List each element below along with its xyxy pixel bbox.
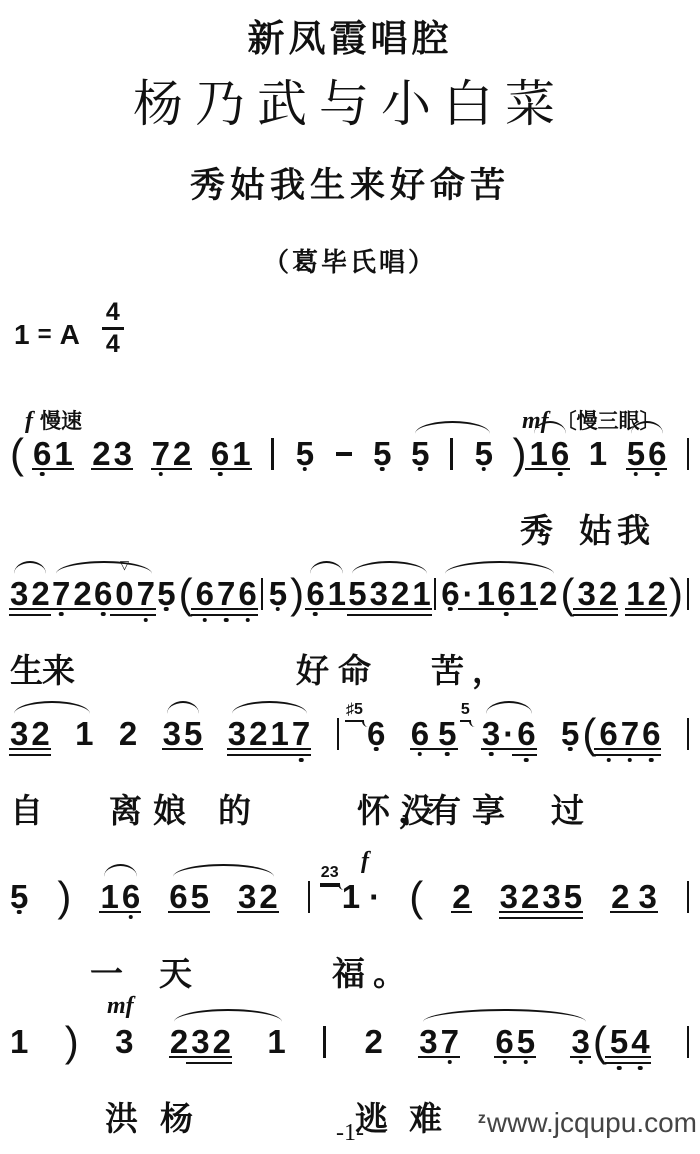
note-glyph: 6	[122, 878, 140, 915]
beam-group: 3217	[228, 715, 310, 753]
note-glyph: 6	[517, 715, 535, 752]
note-glyph: 6	[33, 435, 51, 472]
note-glyph: ·	[503, 715, 514, 752]
note-glyph: 2	[213, 1023, 231, 1060]
note-token: 5	[475, 435, 493, 473]
beam-group: 16	[100, 878, 140, 916]
watermark-logo-icon: z	[478, 1110, 486, 1127]
note-glyph: 3	[163, 715, 181, 752]
slur-arc	[232, 701, 308, 714]
beam-group: 5321	[348, 575, 430, 613]
slur-arc	[352, 561, 428, 574]
note-glyph: 6	[238, 575, 256, 612]
note-token: 5	[10, 878, 28, 916]
octave-dot	[558, 472, 563, 477]
beam-group: 56	[627, 435, 667, 473]
note-glyph: (	[10, 430, 24, 477]
lyric: 享	[472, 785, 513, 832]
note-token: 6	[642, 715, 660, 753]
beam-group: 3235	[500, 878, 582, 916]
note-glyph: 7	[137, 575, 155, 612]
slur-arc	[445, 561, 555, 574]
note-glyph: 1	[271, 715, 289, 752]
octave-dot	[374, 747, 379, 752]
note-token: 2	[452, 878, 470, 916]
note-glyph: 3	[639, 878, 657, 915]
beam-group: 1	[75, 715, 93, 753]
note-glyph: 1	[412, 575, 430, 612]
meter-denominator: 4	[106, 330, 120, 357]
dynamic-tempo-mark: mf〔慢三眼〕	[522, 405, 661, 435]
note-glyph: 2	[249, 715, 267, 752]
song-title: 秀姑我生来好命苦	[0, 158, 700, 208]
lyrics-row: 一天福。	[10, 948, 692, 994]
note-glyph: 3	[10, 715, 28, 752]
beam-group: 32	[10, 575, 50, 613]
meter-numerator: 4	[102, 300, 124, 330]
lyric: 的	[218, 785, 259, 832]
dynamic-tempo-mark: mf	[107, 993, 134, 1020]
note-token: 2	[648, 575, 666, 613]
slur-arc	[14, 701, 91, 714]
note-token: ♯56	[367, 715, 385, 753]
beam-group: 23	[92, 435, 132, 473]
octave-dot	[218, 472, 223, 477]
parenthesis: )	[290, 575, 304, 613]
note-token: 5	[411, 435, 429, 473]
octave-dot	[568, 747, 573, 752]
parenthesis: )	[65, 1023, 79, 1061]
note-glyph: 3	[228, 715, 246, 752]
note-glyph: 2	[452, 878, 470, 915]
note-token: 6	[238, 575, 256, 613]
note-token: 5	[157, 575, 175, 613]
note-token: 1	[477, 575, 495, 613]
note-token: 7	[292, 715, 310, 753]
octave-dot	[504, 612, 509, 617]
beam-group: 65	[411, 715, 457, 753]
time-signature: 4 4	[102, 300, 124, 357]
note-token: 3	[114, 435, 132, 473]
note-token: 5	[184, 715, 202, 753]
note-glyph: 1	[54, 435, 72, 472]
note-token: 6	[122, 878, 140, 916]
key-letter: A	[60, 319, 80, 351]
octave-dot	[617, 1066, 622, 1071]
lyric: 一	[90, 948, 131, 995]
note-glyph: 7	[292, 715, 310, 752]
note-token: 1	[328, 575, 346, 613]
beam-group: 3(54	[571, 1023, 649, 1061]
octave-dot	[313, 612, 318, 617]
dynamic-symbol: f	[361, 848, 369, 874]
note-token: 5	[438, 715, 456, 753]
tempo-label: 慢速	[40, 410, 82, 433]
slur-arc	[415, 421, 491, 434]
octave-dot	[144, 618, 149, 623]
beam-group: 5	[373, 435, 391, 473]
key-tonic: 1	[14, 319, 30, 351]
note-glyph: 2	[365, 1023, 383, 1060]
note-glyph: 1	[530, 435, 548, 472]
octave-dot	[638, 1066, 643, 1071]
note-glyph: 3	[482, 715, 500, 752]
octave-dot	[299, 758, 304, 763]
beam-group: 5	[411, 435, 429, 473]
note-token: 1	[519, 575, 537, 613]
note-token: 4	[631, 1023, 649, 1061]
note-glyph: 6	[169, 878, 187, 915]
music-system-3: 3212353217|♯566553·65(676| 自离娘的怀，没有享过	[10, 685, 692, 831]
octave-dot	[448, 1060, 453, 1065]
note-token: 5	[296, 435, 314, 473]
note-glyph: 1	[519, 575, 537, 612]
note-glyph: 2	[391, 575, 409, 612]
octave-dot	[606, 758, 611, 763]
note-glyph: 1	[100, 878, 118, 915]
beam-group: 5	[10, 878, 28, 916]
octave-dot	[489, 752, 494, 757]
music-system-2: 327260▽75(676|5)615321|6·1612(3212)| 生来好…	[10, 545, 692, 691]
parenthesis: )	[57, 878, 71, 916]
grace-note: 23	[320, 865, 340, 885]
note-token: 1	[267, 1023, 285, 1061]
note-glyph: 6	[94, 575, 112, 612]
beam-group: 5	[475, 435, 493, 473]
note-glyph: 2	[31, 575, 49, 612]
note-glyph: 1	[626, 575, 644, 612]
octave-dot	[502, 1060, 507, 1065]
note-glyph: 2	[170, 1023, 188, 1060]
beam-group: 1	[267, 1023, 285, 1061]
note-glyph: 0	[115, 575, 133, 612]
note-glyph: 3	[578, 575, 596, 612]
beam-group: 2	[365, 1023, 383, 1061]
music-system-1: (61237261|5-55|5)16156| 秀姑我 f慢速mf〔慢三眼〕	[10, 405, 692, 551]
note-glyph: )	[669, 570, 683, 617]
lyric: 离	[109, 785, 150, 832]
note-glyph: 1	[267, 1023, 285, 1060]
note-token: 3	[115, 1023, 133, 1061]
octave-dot	[482, 467, 487, 472]
note-glyph: 6	[495, 1023, 513, 1060]
note-token: 2	[31, 575, 49, 613]
beam-group: 3	[115, 1023, 133, 1061]
note-token: 2	[119, 715, 137, 753]
note-token: 1	[589, 435, 607, 473]
beam-group: 2(3212)|	[539, 575, 692, 613]
beam-group: 23	[611, 878, 657, 916]
note-glyph: )	[290, 570, 304, 617]
dynamic-symbol: mf	[107, 993, 134, 1019]
opera-title: 杨乃武与小白菜	[0, 64, 700, 136]
note-glyph: 1	[75, 715, 93, 752]
note-glyph: 4	[631, 1023, 649, 1060]
note-glyph: 6	[648, 435, 666, 472]
slur-arc	[423, 1009, 587, 1022]
beam-group: 32	[10, 715, 50, 753]
lyric: 娘	[153, 785, 194, 832]
note-glyph: 5	[184, 715, 202, 752]
key-signature: 1 = A 4 4	[14, 306, 124, 363]
note-glyph: 5	[610, 1023, 628, 1060]
note-glyph: 3	[115, 1023, 133, 1060]
note-glyph: 5	[348, 575, 366, 612]
beam-group: 2	[452, 878, 470, 916]
note-token: 5	[269, 575, 287, 613]
grace-note: ♯5	[345, 702, 364, 722]
note-token: 2	[365, 1023, 383, 1061]
dynamic-tempo-mark: f慢速	[25, 405, 82, 435]
note-token: 6	[648, 435, 666, 473]
beam-group: 72	[52, 575, 92, 613]
slur-arc	[56, 561, 153, 574]
note-glyph: 3	[370, 575, 388, 612]
note-glyph: 2	[173, 435, 191, 472]
note-token: 1	[75, 715, 93, 753]
note-token: 5	[191, 878, 209, 916]
note-glyph: 2	[31, 715, 49, 752]
beam-group: )	[57, 878, 71, 916]
note-glyph: 3	[10, 575, 28, 612]
note-token: 5	[561, 715, 579, 753]
note-glyph: 6	[196, 575, 214, 612]
octave-dot	[129, 915, 134, 920]
note-glyph: 5	[517, 1023, 535, 1060]
beam-group: 61	[211, 435, 251, 473]
note-glyph: 7	[217, 575, 235, 612]
note-glyph: 5	[438, 715, 456, 752]
note-glyph: 7	[441, 1023, 459, 1060]
note-glyph: 6	[306, 575, 324, 612]
note-glyph: 5	[191, 878, 209, 915]
augmentation-dot: ·	[369, 878, 380, 916]
beam-group: 2	[119, 715, 137, 753]
octave-dot	[224, 618, 229, 623]
note-token: 2	[539, 575, 557, 613]
key-equals: =	[38, 321, 52, 349]
octave-dot	[655, 472, 660, 477]
slur-arc	[104, 864, 138, 877]
note-token: 2	[599, 575, 617, 613]
notes-row: 5)166532|231·(2323523|	[10, 878, 692, 936]
beam-group: 1	[589, 435, 607, 473]
note-glyph: 2	[73, 575, 91, 612]
beam-group: ♯56	[367, 715, 385, 753]
note-glyph: 3	[191, 1023, 209, 1060]
parenthesis: )	[669, 575, 683, 613]
octave-dot	[634, 472, 639, 477]
note-glyph: 3	[571, 1023, 589, 1060]
note-token: 1	[54, 435, 72, 473]
octave-dot	[59, 612, 64, 617]
octave-dot	[418, 467, 423, 472]
lyric: 自	[10, 785, 51, 832]
octave-dot	[418, 752, 423, 757]
note-token: 231	[342, 878, 360, 916]
note-glyph: 3	[500, 878, 518, 915]
parenthesis: (	[10, 435, 24, 473]
note-glyph: 6	[497, 575, 515, 612]
beam-group: 37	[419, 1023, 459, 1061]
octave-dot	[276, 607, 281, 612]
beam-group: (	[409, 878, 423, 916]
note-glyph: 3	[238, 878, 256, 915]
note-token: 5	[564, 878, 582, 916]
note-token: 1	[10, 1023, 28, 1061]
note-glyph: ·	[463, 575, 474, 612]
note-glyph: 6	[551, 435, 569, 472]
beam-group: 65	[169, 878, 209, 916]
beam-group: )16	[513, 435, 570, 473]
series-title: 新凤霞唱腔	[0, 8, 700, 62]
beam-group: )	[65, 1023, 79, 1061]
note-token: 6	[517, 715, 535, 753]
beam-group: 35	[163, 715, 203, 753]
note-glyph: 1	[328, 575, 346, 612]
beam-group: 5	[296, 435, 314, 473]
note-glyph: 2	[259, 878, 277, 915]
note-token: 2	[213, 1023, 231, 1061]
note-glyph: 1	[10, 1023, 28, 1060]
note-glyph: 6	[599, 715, 617, 752]
octave-dot	[380, 467, 385, 472]
octave-dot	[628, 758, 633, 763]
note-token: 2	[73, 575, 91, 613]
beam-group: 1	[10, 1023, 28, 1061]
slur-arc	[486, 701, 533, 714]
notes-row: 1)32321|237653(54|	[10, 1023, 692, 1081]
beam-group: 61	[497, 575, 537, 613]
octave-dot	[524, 1060, 529, 1065]
octave-dot	[101, 612, 106, 617]
note-token: 5	[373, 435, 391, 473]
parenthesis: (	[409, 878, 423, 916]
note-glyph: 5	[564, 878, 582, 915]
octave-dot	[649, 758, 654, 763]
note-glyph: 1	[589, 435, 607, 472]
note-glyph: ·	[369, 878, 380, 915]
note-glyph: 2	[92, 435, 110, 472]
beam-group: 61	[306, 575, 346, 613]
note-glyph: 2	[119, 715, 137, 752]
beam-group: 232	[170, 1023, 231, 1061]
octave-dot	[17, 910, 22, 915]
slur-arc	[14, 561, 47, 574]
note-glyph: 6	[642, 715, 660, 752]
music-system-4: 5)166532|231·(2323523| 一天福。 f	[10, 848, 692, 994]
octave-dot	[448, 607, 453, 612]
octave-dot	[164, 607, 169, 612]
note-glyph: 3	[542, 878, 560, 915]
note-token: 1	[232, 435, 250, 473]
beam-group: 65	[495, 1023, 535, 1061]
note-glyph: 6	[211, 435, 229, 472]
beam-group: 72	[152, 435, 192, 473]
slur-arc	[173, 864, 275, 877]
note-token: 2	[31, 715, 49, 753]
note-glyph: 2	[648, 575, 666, 612]
notes-row: 3212353217|♯566553·65(676|	[10, 715, 692, 773]
lyric: 天	[159, 948, 200, 995]
note-token: 1	[412, 575, 430, 613]
note-glyph: 7	[152, 435, 170, 472]
sheet-music-page: 新凤霞唱腔 杨乃武与小白菜 秀姑我生来好命苦 （葛毕氏唱） 1 = A 4 4 …	[0, 0, 700, 1154]
grace-note: 5	[460, 702, 471, 722]
octave-dot	[303, 467, 308, 472]
note-token: 3	[571, 1023, 589, 1061]
note-glyph: 1	[232, 435, 250, 472]
tempo-label: 〔慢三眼〕	[556, 410, 661, 433]
note-token: 3	[639, 878, 657, 916]
octave-dot	[245, 618, 250, 623]
note-token: 7	[137, 575, 155, 613]
note-glyph: )	[65, 1018, 79, 1065]
dynamic-symbol: f	[25, 408, 33, 434]
octave-dot	[158, 472, 163, 477]
note-glyph: (	[409, 873, 423, 920]
beam-group: 5(676|5)	[157, 575, 304, 613]
slur-arc	[167, 701, 200, 714]
note-glyph: 7	[52, 575, 70, 612]
beam-group: 53·6	[482, 715, 536, 753]
singer-note: （葛毕氏唱）	[0, 242, 700, 279]
dynamic-symbol: mf	[522, 408, 549, 434]
note-glyph: 2	[611, 878, 629, 915]
note-glyph: 3	[114, 435, 132, 472]
beam-group: 6·1	[441, 575, 495, 613]
dynamic-tempo-mark: f	[361, 848, 369, 875]
notes-row: 327260▽75(676|5)615321|6·1612(3212)|	[10, 575, 692, 633]
note-glyph: 2	[599, 575, 617, 612]
note-glyph: 2	[539, 575, 557, 612]
beam-group: 231·	[342, 878, 380, 916]
note-glyph: 3	[419, 1023, 437, 1060]
lyric: 福。	[332, 948, 414, 995]
octave-dot	[445, 752, 450, 757]
note-token: 2	[259, 878, 277, 916]
lyric: 过	[551, 785, 592, 832]
slur-arc	[174, 1009, 283, 1022]
note-glyph: 6	[411, 715, 429, 752]
beam-group: 32	[238, 878, 278, 916]
octave-dot	[524, 758, 529, 763]
note-token: 2	[173, 435, 191, 473]
lyrics-row: 自离娘的怀，没有享过	[10, 785, 692, 831]
note-token: 5	[517, 1023, 535, 1061]
watermark: zwww.jcqupu.com	[478, 1107, 697, 1139]
octave-dot	[40, 472, 45, 477]
beam-group: 5(676	[561, 715, 660, 753]
beam-group: 60▽7	[94, 575, 155, 613]
octave-dot	[578, 1060, 583, 1065]
octave-dot	[203, 618, 208, 623]
slur-arc	[310, 561, 344, 574]
lyric: 有	[428, 785, 469, 832]
notes-row: (61237261|5-55|5)16156|	[10, 435, 692, 493]
note-glyph: 7	[621, 715, 639, 752]
note-glyph: 1	[477, 575, 495, 612]
beam-group: (61	[10, 435, 73, 473]
note-glyph: )	[57, 873, 71, 920]
note-glyph: 5	[627, 435, 645, 472]
note-glyph: 2	[521, 878, 539, 915]
watermark-text: www.jcqupu.com	[487, 1107, 697, 1138]
note-token: 6	[551, 435, 569, 473]
note-token: 7	[441, 1023, 459, 1061]
